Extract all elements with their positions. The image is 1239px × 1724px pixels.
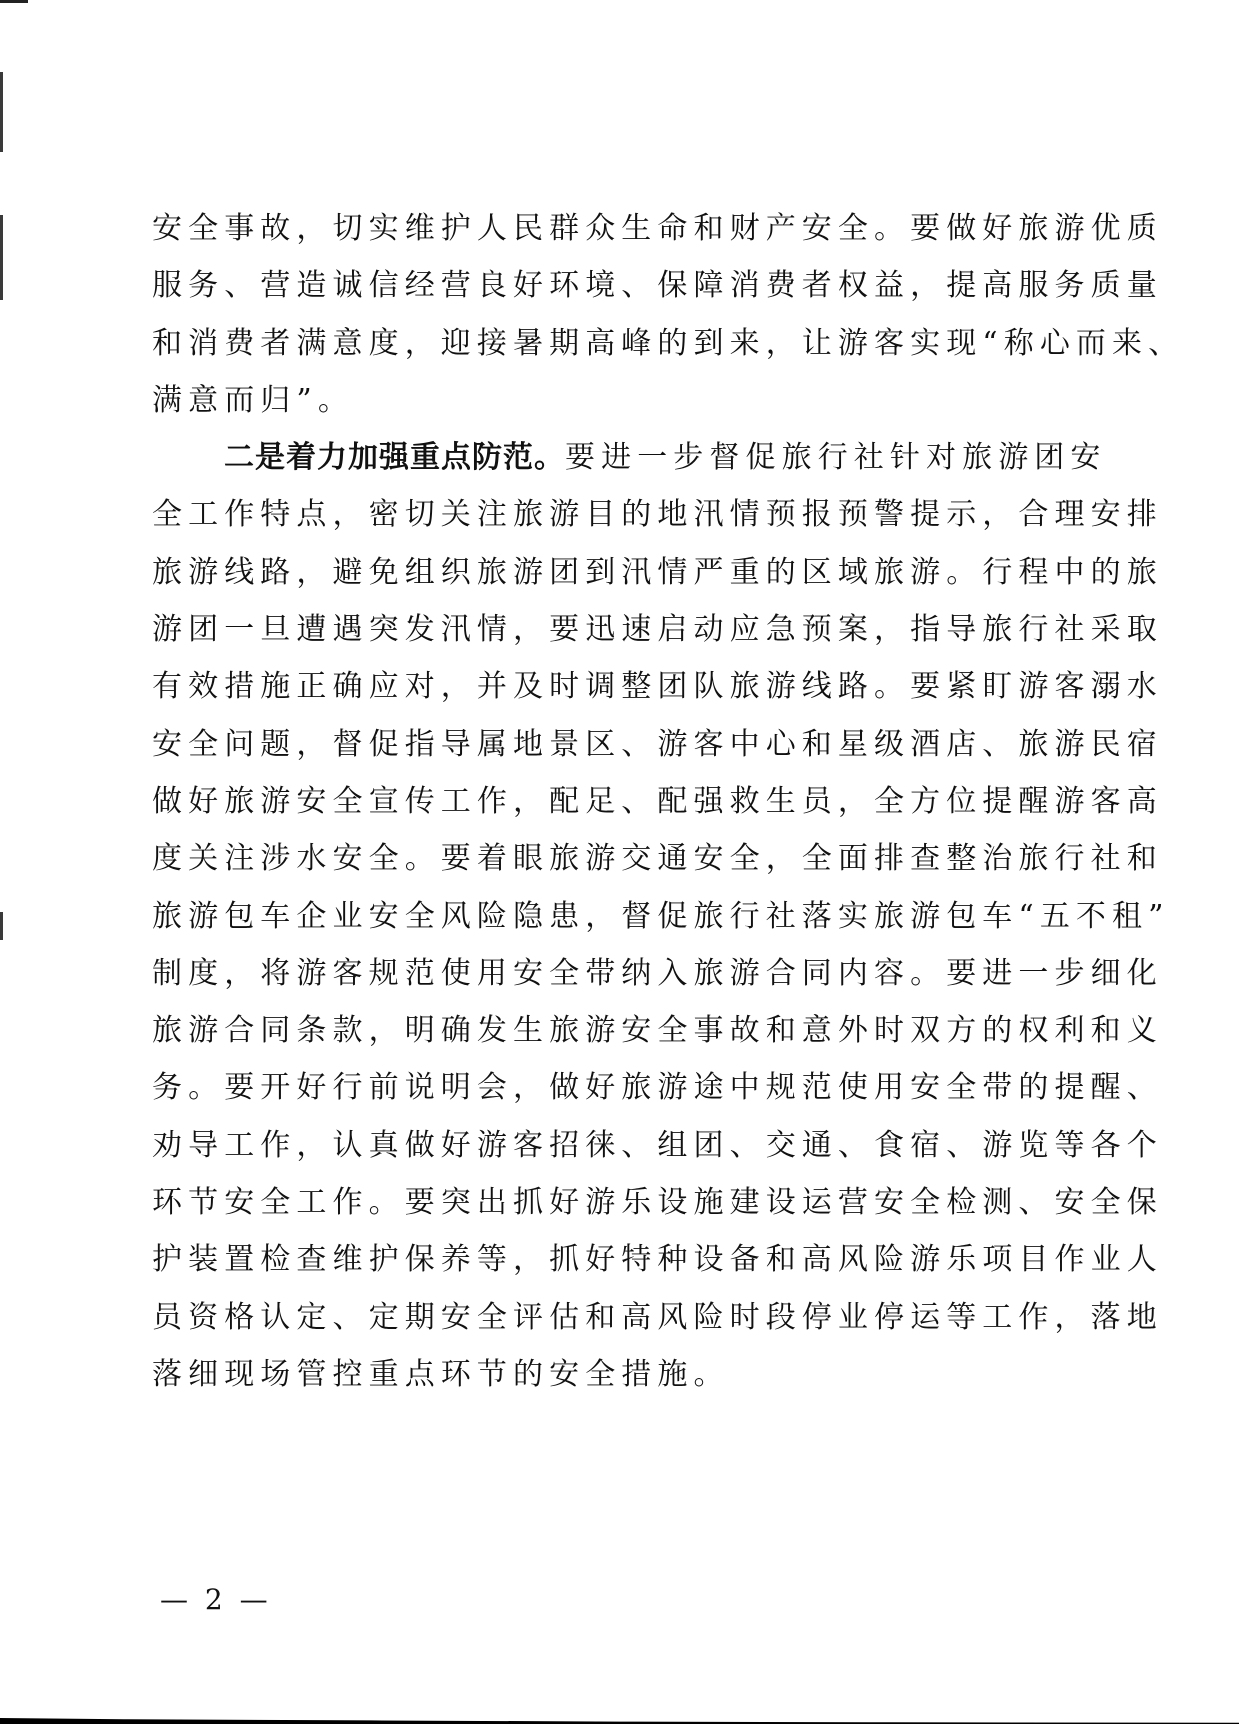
text-line: 有效措施正确应对，并及时调整团队旅游线路。要紧盯游客溺水 xyxy=(152,658,1072,715)
scan-edge-mark-top xyxy=(0,0,28,3)
text-line: 环节安全工作。要突出抓好游乐设施建设运营安全检测、安全保 xyxy=(152,1174,1072,1231)
text-line: 护装置检查维护保养等，抓好特种设备和高风险游乐项目作业人 xyxy=(152,1231,1072,1288)
text-line: 旅游线路，避免组织旅游团到汛情严重的区域旅游。行程中的旅 xyxy=(152,544,1072,601)
text-line: 旅游包车企业安全风险隐患，督促旅行社落实旅游包车“五不租” xyxy=(152,888,1072,945)
text-segment: 要进一步督促旅行社针对旅游团安 xyxy=(565,440,1107,475)
scan-edge-mark xyxy=(0,912,3,940)
text-line: 落细现场管控重点环节的安全措施。 xyxy=(152,1346,1072,1403)
page-number: — 2 — xyxy=(160,1583,272,1616)
document-body: 安全事故，切实维护人民群众生命和财产安全。要做好旅游优质 服务、营造诚信经营良好… xyxy=(152,200,1072,1403)
text-line: 务。要开好行前说明会，做好旅游途中规范使用安全带的提醒、 xyxy=(152,1059,1072,1116)
text-line: 安全事故，切实维护人民群众生命和财产安全。要做好旅游优质 xyxy=(152,200,1072,257)
text-line-first: 二是着力加强重点防范。要进一步督促旅行社针对旅游团安 xyxy=(152,429,1072,486)
text-line: 全工作特点，密切关注旅游目的地汛情预报预警提示，合理安排 xyxy=(152,486,1072,543)
text-line: 满意而归”。 xyxy=(152,372,1072,429)
paragraph-continued: 安全事故，切实维护人民群众生命和财产安全。要做好旅游优质 服务、营造诚信经营良好… xyxy=(152,200,1072,429)
paragraph-key-prevention: 二是着力加强重点防范。要进一步督促旅行社针对旅游团安 全工作特点，密切关注旅游目… xyxy=(152,429,1072,1403)
text-line: 服务、营造诚信经营良好环境、保障消费者权益，提高服务质量 xyxy=(152,257,1072,314)
text-line: 员资格认定、定期安全评估和高风险时段停业停运等工作，落地 xyxy=(152,1289,1072,1346)
scan-edge-mark xyxy=(0,72,3,152)
text-line: 游团一旦遭遇突发汛情，要迅速启动应急预案，指导旅行社采取 xyxy=(152,601,1072,658)
text-line: 和消费者满意度，迎接暑期高峰的到来，让游客实现“称心而来、 xyxy=(152,315,1072,372)
text-line: 安全问题，督促指导属地景区、游客中心和星级酒店、旅游民宿 xyxy=(152,716,1072,773)
text-line: 做好旅游安全宣传工作，配足、配强救生员，全方位提醒游客高 xyxy=(152,773,1072,830)
scan-bottom-edge xyxy=(0,1718,1239,1724)
scan-edge-mark xyxy=(0,215,3,300)
text-line: 制度，将游客规范使用安全带纳入旅游合同内容。要进一步细化 xyxy=(152,945,1072,1002)
text-line: 旅游合同条款，明确发生旅游安全事故和意外时双方的权利和义 xyxy=(152,1002,1072,1059)
paragraph-heading: 二是着力加强重点防范。 xyxy=(224,440,565,475)
text-line: 度关注涉水安全。要着眼旅游交通安全，全面排查整治旅行社和 xyxy=(152,830,1072,887)
text-line: 劝导工作，认真做好游客招徕、组团、交通、食宿、游览等各个 xyxy=(152,1117,1072,1174)
